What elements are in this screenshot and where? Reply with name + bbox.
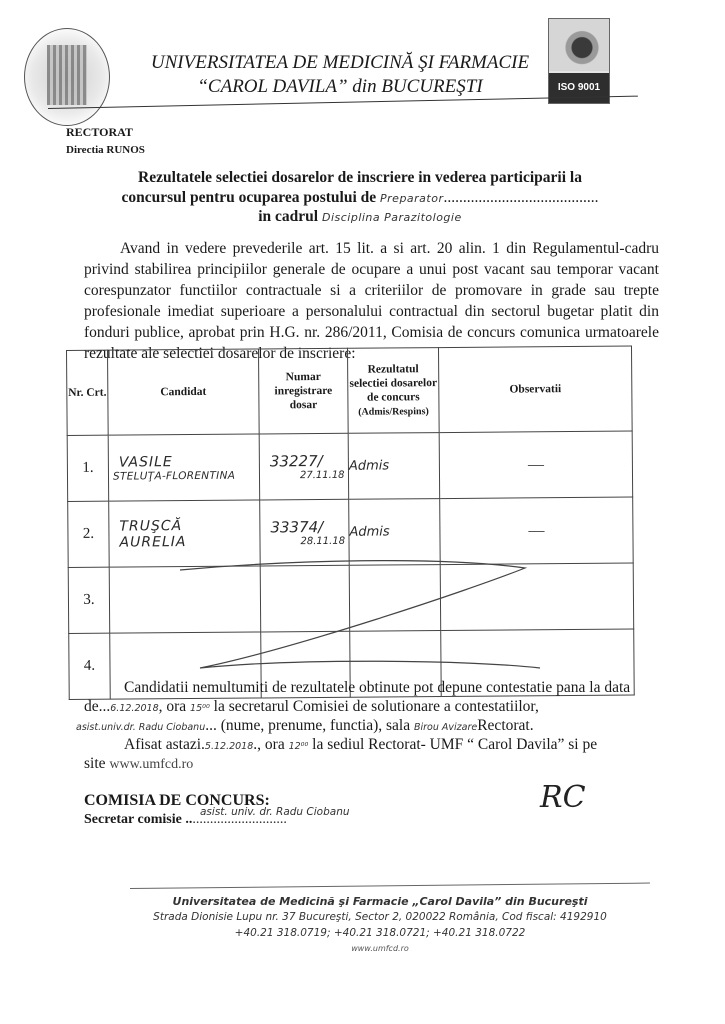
dots: ........................................ [444, 189, 599, 206]
row-result: Admis [349, 499, 441, 566]
candidate-surname: VASILE [109, 453, 259, 470]
header-rezultat-text: Rezultatul selectiei dosarelor de concur… [349, 363, 437, 403]
signature: RC [540, 780, 586, 815]
row-reg-number: 33227/27.11.18 [259, 433, 349, 500]
deadline-hour: 15⁰⁰ [190, 703, 210, 714]
row-result [349, 565, 441, 632]
de-label: de... [84, 698, 110, 715]
document-title: Rezultatele selectiei dosarelor de inscr… [110, 168, 610, 188]
reg-date: 27.11.18 [260, 470, 348, 482]
header-numar: Numar inregistrare dosar [258, 348, 348, 434]
posted-hour: 12⁰⁰ [289, 741, 309, 752]
appeal-secretary-name: asist.univ.dr. Radu Ciobanu [76, 722, 205, 733]
title-prefix-cadrul: in cadrul [258, 208, 318, 225]
appeal-text: Candidatii nemultumiti de rezultatele ob… [84, 678, 659, 697]
table-row: 2. TRUŞCĂAURELIA 33374/28.11.18 Admis — [68, 497, 634, 567]
header-nr: Nr. Crt. [67, 350, 109, 435]
document-title-line2: concursul pentru ocuparea postului de Pr… [110, 188, 610, 209]
header-rezultat-sub: (Admis/Respins) [358, 406, 429, 418]
university-name: UNIVERSITATEA DE MEDICINĂ ŞI FARMACIE [130, 50, 550, 76]
posted-ora-label: ., ora [253, 736, 284, 753]
deadline-date: 6.12.2018 [110, 703, 158, 714]
secretary-label-text: Secretar comisie .. [84, 812, 192, 827]
posted-line: Afisat astazi.5.12.2018., ora 12⁰⁰ la se… [84, 735, 659, 756]
table-header-row: Nr. Crt. Candidat Numar inregistrare dos… [67, 346, 633, 435]
document-title-line3: in cadrul Disciplina Parazitologie [110, 207, 610, 228]
intro-text: Avand in vedere prevederile art. 15 lit.… [84, 240, 659, 362]
site-label: site [84, 755, 106, 772]
candidate-surname: TRUŞCĂ [109, 517, 259, 534]
iso-certification-logo: ISO 9001 [548, 18, 610, 104]
candidate-first-name: AURELIA [109, 533, 259, 550]
row-observations: — [439, 431, 633, 499]
reg-number: 33227/ [260, 452, 348, 471]
posted-label: Afisat astazi. [124, 736, 205, 753]
posted-date: 5.12.2018 [205, 741, 253, 752]
row-nr: 1. [67, 435, 109, 501]
posted-text: la sediul Rectorat- UMF “ Carol Davila” … [312, 736, 597, 753]
secretary-handwritten-name: asist. univ. dr. Radu Ciobanu [200, 806, 350, 818]
row-observations: — [440, 497, 634, 565]
appeal-deadline: de...6.12.2018, ora 15⁰⁰ la secretarul C… [84, 697, 659, 718]
appeal-text3: ... (nume, prenume, functia), sala [205, 717, 410, 734]
discipline-handwritten: Disciplina Parazitologie [322, 211, 462, 224]
site-link[interactable]: www.umfcd.ro [109, 757, 193, 772]
row-candidate [109, 566, 261, 633]
footer-address: Strada Dionisie Lupu nr. 37 Bucureşti, S… [140, 911, 620, 923]
cert-star-icon [549, 19, 609, 71]
reg-number: 33374/ [260, 518, 348, 537]
appeal-text3b: Rectorat. [477, 717, 533, 734]
footer-divider [130, 883, 650, 889]
header-rezultat: Rezultatul selectiei dosarelor de concur… [347, 348, 439, 434]
table-row: 3. [68, 563, 634, 633]
row-observations [440, 563, 634, 631]
footer-website[interactable]: www.umfcd.ro [140, 944, 620, 953]
table-row: 1. VASILESTELUŢA-FLORENTINA 33227/27.11.… [67, 431, 633, 501]
iso-badge: ISO 9001 [549, 73, 609, 103]
row-nr: 3. [68, 567, 110, 633]
row-nr: 2. [68, 501, 110, 567]
row-candidate: VASILESTELUŢA-FLORENTINA [108, 434, 260, 501]
position-field: Preparator..............................… [380, 189, 598, 206]
directorate-label: Directia RUNOS [66, 144, 145, 156]
footer-phones: +40.21 318.0719; +40.21 318.0721; +40.21… [140, 927, 620, 939]
header-observatii: Observatii [438, 346, 632, 433]
position-handwritten: Preparator [380, 192, 443, 205]
appeal-secretary: asist.univ.dr. Radu Ciobanu... (nume, pr… [76, 716, 651, 737]
results-table: Nr. Crt. Candidat Numar inregistrare dos… [66, 346, 635, 700]
row-result: Admis [348, 433, 440, 500]
row-candidate: TRUŞCĂAURELIA [109, 500, 261, 567]
university-name-line2: “CAROL DAVILA” din BUCUREŞTI [130, 74, 550, 100]
university-seal-logo [24, 28, 110, 126]
title-prefix: concursul pentru ocuparea postului de [122, 189, 377, 206]
department-label: RECTORAT [66, 125, 133, 140]
candidate-first-name: STELUŢA-FLORENTINA [109, 469, 259, 482]
header-candidat: Candidat [108, 349, 260, 435]
site-line: site www.umfcd.ro [84, 754, 659, 774]
footer-university: Universitatea de Medicină şi Farmacie „C… [140, 895, 620, 908]
appeal-room: Birou Avizare [414, 722, 477, 733]
reg-date: 28.11.18 [260, 536, 348, 548]
row-reg-number: 33374/28.11.18 [260, 499, 350, 566]
ora-label: , ora [159, 698, 187, 715]
row-reg-number [260, 565, 350, 632]
appeal-text2: la secretarul Comisiei de solutionare a … [214, 698, 539, 715]
